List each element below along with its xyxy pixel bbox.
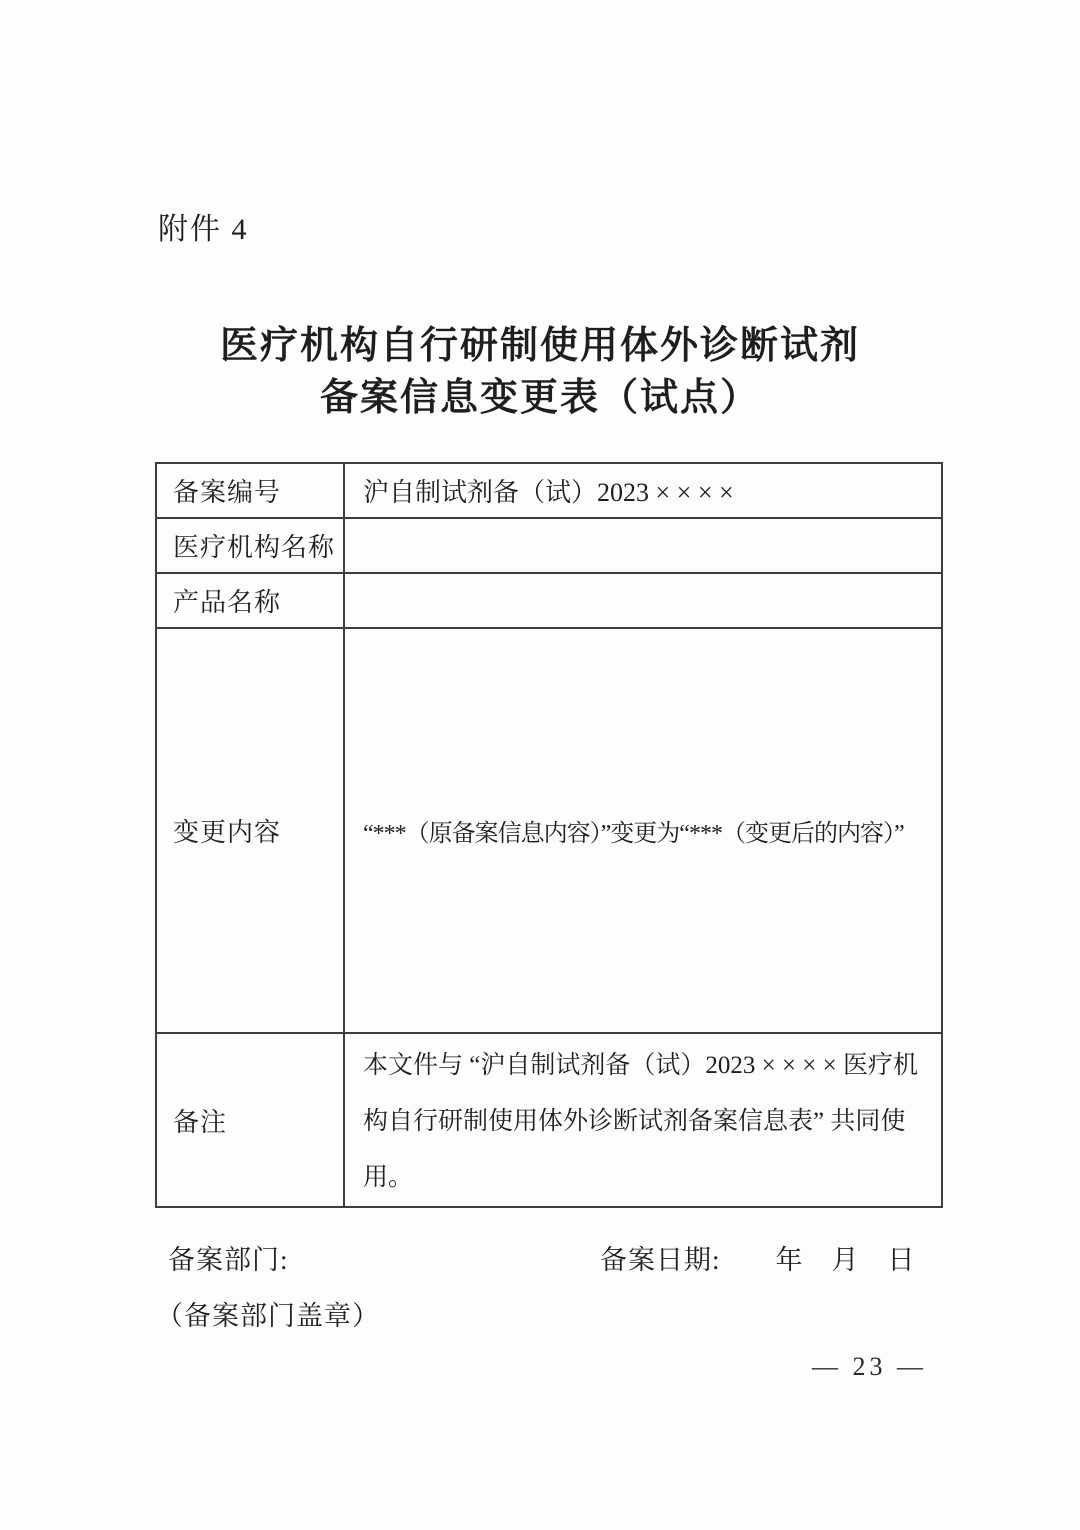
row-label: 备案编号 [156,463,344,518]
document-title: 医疗机构自行研制使用体外诊断试剂 备案信息变更表（试点） [0,320,1080,424]
row-value [344,573,942,628]
row-value: 本文件与 “沪自制试剂备（试）2023 × × × × 医疗机构自行研制使用体外… [344,1033,942,1207]
date-day-label: 日 [888,1238,916,1277]
table-row-change-content: 变更内容 “***（原备案信息内容）”变更为“***（变更后的内容）” [156,628,942,1033]
title-line-2: 备案信息变更表（试点） [0,372,1080,424]
registration-table: 备案编号 沪自制试剂备（试）2023 × × × × 医疗机构名称 产品名称 变… [155,462,943,1208]
document-page: 附件 4 医疗机构自行研制使用体外诊断试剂 备案信息变更表（试点） 备案编号 沪… [0,0,1080,1530]
table-row-product-name: 产品名称 [156,573,942,628]
row-label: 备注 [156,1033,344,1207]
date-month-label: 月 [832,1238,860,1277]
page-number: — 23 — [812,1352,927,1382]
table-row-remarks: 备注 本文件与 “沪自制试剂备（试）2023 × × × × 医疗机构自行研制使… [156,1033,942,1207]
title-line-1: 医疗机构自行研制使用体外诊断试剂 [0,320,1080,372]
attachment-label: 附件 4 [158,204,249,248]
row-value: “***（原备案信息内容）”变更为“***（变更后的内容）” [344,628,942,1033]
table-row-institution-name: 医疗机构名称 [156,518,942,573]
filing-department-label: 备案部门: [168,1238,289,1277]
filing-date-label: 备案日期: [600,1245,721,1275]
row-value: 沪自制试剂备（试）2023 × × × × [344,463,942,518]
table-row-record-number: 备案编号 沪自制试剂备（试）2023 × × × × [156,463,942,518]
row-label: 医疗机构名称 [156,518,344,573]
date-year-label: 年 [776,1238,804,1277]
row-value [344,518,942,573]
department-seal-note: （备案部门盖章） [156,1294,380,1333]
row-label: 产品名称 [156,573,344,628]
filing-date-line: 备案日期:年月日 [600,1238,916,1277]
row-label: 变更内容 [156,628,344,1033]
